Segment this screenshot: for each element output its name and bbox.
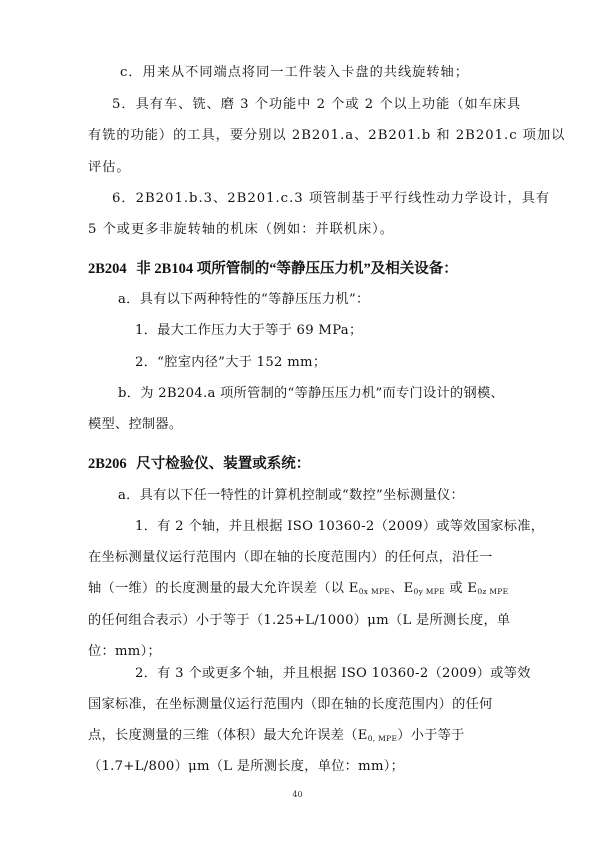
2b204-item-a: a．具有以下两种特性的“等静压压力机”： — [118, 291, 538, 309]
text-run: 、E — [390, 581, 413, 596]
document-page: c．用来从不同端点将同一工件装入卡盘的共线旋转轴； 5．具有车、铣、磨 3 个功… — [0, 0, 595, 841]
2b204-item-a1: 1．最大工作压力大于等于 69 MPa； — [135, 322, 555, 340]
clause-c: c．用来从不同端点将同一工件装入卡盘的共线旋转轴； — [120, 64, 540, 82]
2b206-item-a1-line5: 位：mm）； — [88, 643, 508, 661]
2b204-item-a2: 2．“腔室内径”大于 152 mm； — [135, 354, 555, 372]
2b206-item-a1-line4: 的任何组合表示）小于等于（1.25+L/1000）μm（L 是所测长度，单 — [88, 612, 508, 630]
2b206-item-a: a．具有以下任一特性的计算机控制或“数控”坐标测量仪： — [118, 487, 538, 505]
2b206-item-a1-line3: 轴（一维）的长度测量的最大允许误差（以 E0x MPE、E0y MPE 或 E0… — [88, 580, 508, 598]
2b206-item-a1-line2: 在坐标测量仪运行范围内（即在轴的长度范围内）的任何点，沿任一 — [88, 549, 508, 567]
clause-6-line2: 5 个或更多非旋转轴的机床（例如：并联机床）。 — [88, 221, 508, 239]
section-code: 2B204 — [88, 261, 127, 277]
subscript: 0y MPE — [414, 587, 445, 596]
subscript: 0, MPE — [368, 734, 398, 743]
section-title: 尺寸检验仪、装置或系统： — [136, 456, 310, 472]
text-run: ）小于等于 — [397, 728, 464, 743]
section-title: 非 2B104 项所管制的“等静压压力机”及相关设备： — [136, 261, 457, 277]
2b204-item-b-line1: b．为 2B204.a 项所管制的“等静压压力机”而专门设计的钢模、 — [118, 385, 538, 403]
text-run: 或 E — [445, 581, 477, 596]
text-run: 点，长度测量的三维（体积）最大允许误差（E — [88, 728, 368, 743]
2b206-item-a2-line2: 国家标准，在坐标测量仪运行范围内（即在轴的长度范围内）的任何 — [88, 696, 508, 714]
subscript: 0z MPE — [477, 587, 508, 596]
2b206-item-a2-line3: 点，长度测量的三维（体积）最大允许误差（E0, MPE）小于等于 — [88, 727, 508, 745]
clause-5-line3: 评估。 — [88, 159, 508, 177]
2b206-item-a2-line1: 2．有 3 个或更多个轴，并且根据 ISO 10360-2（2009）或等效 — [135, 665, 555, 683]
section-code: 2B206 — [88, 456, 127, 472]
subscript: 0x MPE — [359, 587, 390, 596]
2b206-item-a2-line4: （1.7+L/800）μm（L 是所测长度，单位：mm）； — [88, 758, 508, 776]
section-heading-2b204: 2B204 非 2B104 项所管制的“等静压压力机”及相关设备： — [88, 259, 458, 279]
page-number: 40 — [0, 790, 595, 799]
section-heading-2b206: 2B206 尺寸检验仪、装置或系统： — [88, 454, 310, 474]
2b206-item-a1-line1: 1．有 2 个轴，并且根据 ISO 10360-2（2009）或等效国家标准， — [135, 518, 555, 536]
clause-5-line1: 5．具有车、铣、磨 3 个功能中 2 个或 2 个以上功能（如车床具 — [112, 96, 532, 114]
2b204-item-b-line2: 模型、控制器。 — [88, 416, 508, 434]
clause-6-line1: 6．2B201.b.3、2B201.c.3 项管制基于平行线性动力学设计，具有 — [112, 190, 532, 208]
clause-5-line2: 有铣的功能）的工具，要分别以 2B201.a、2B201.b 和 2B201.c… — [88, 127, 508, 145]
text-run: 轴（一维）的长度测量的最大允许误差（以 E — [88, 581, 359, 596]
